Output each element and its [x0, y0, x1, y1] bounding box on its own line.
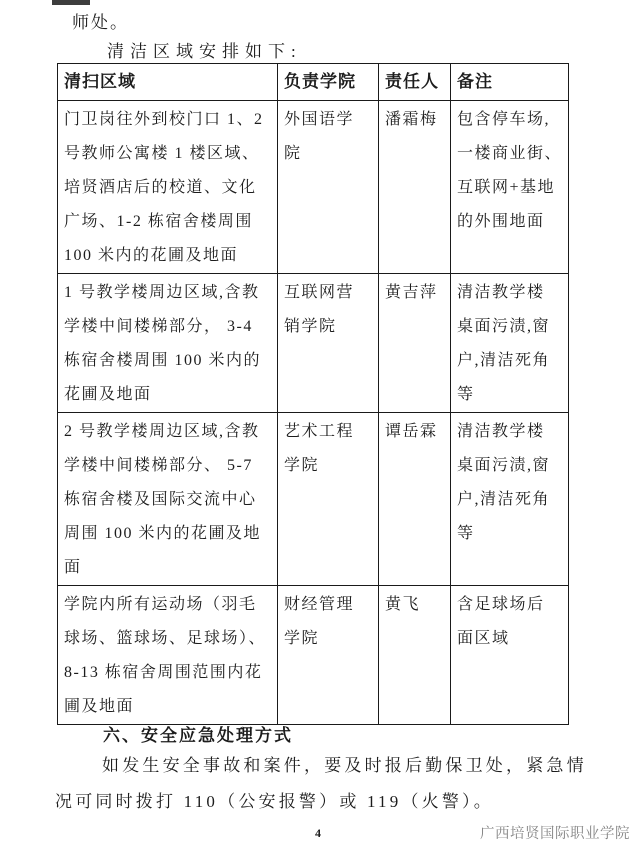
cleaning-area-table: 清扫区域 负责学院 责任人 备注 门卫岗往外到校门口 1、2 号教师公寓楼 1 … — [57, 63, 569, 725]
cell-note: 含足球场后 面区域 — [451, 586, 569, 725]
cell-area: 学院内所有运动场（羽毛 球场、篮球场、足球场）、 8-13 栋宿舍周围范围内花 … — [58, 586, 278, 725]
cell-area: 2 号教学楼周边区域,含教 学楼中间楼梯部分、 5-7 栋宿舍楼及国际交流中心 … — [58, 413, 278, 586]
cell-area: 1 号教学楼周边区域,含教 学楼中间楼梯部分， 3-4 栋宿舍楼周围 100 米… — [58, 274, 278, 413]
cell-college: 互联网营 销学院 — [278, 274, 379, 413]
cell-area: 门卫岗往外到校门口 1、2 号教师公寓楼 1 楼区域、 培贤酒店后的校道、文化 … — [58, 101, 278, 274]
document-page: 师处。 清洁区域安排如下: 清扫区域 负责学院 责任人 备注 门卫岗往外到校门口… — [0, 0, 636, 851]
header-area: 清扫区域 — [58, 64, 278, 101]
cell-person: 黄飞 — [379, 586, 451, 725]
cell-person: 潘霜梅 — [379, 101, 451, 274]
table-row: 2 号教学楼周边区域,含教 学楼中间楼梯部分、 5-7 栋宿舍楼及国际交流中心 … — [58, 413, 569, 586]
footer-school-name: 广西培贤国际职业学院 — [480, 822, 630, 843]
cell-person: 谭岳霖 — [379, 413, 451, 586]
cell-note: 清洁教学楼 桌面污渍,窗 户,清洁死角 等 — [451, 274, 569, 413]
table-row: 门卫岗往外到校门口 1、2 号教师公寓楼 1 楼区域、 培贤酒店后的校道、文化 … — [58, 101, 569, 274]
header-person: 责任人 — [379, 64, 451, 101]
table-header-row: 清扫区域 负责学院 责任人 备注 — [58, 64, 569, 101]
section-heading: 六、安全应急处理方式 — [103, 721, 293, 746]
cell-college: 艺术工程 学院 — [278, 413, 379, 586]
scan-artifact — [52, 0, 90, 5]
cell-person: 黄吉萍 — [379, 274, 451, 413]
top-paragraph-fragment: 师处。 — [72, 8, 129, 33]
cell-note: 清洁教学楼 桌面污渍,窗 户,清洁死角 等 — [451, 413, 569, 586]
header-note: 备注 — [451, 64, 569, 101]
cell-note: 包含停车场, 一楼商业街、 互联网+基地 的外围地面 — [451, 101, 569, 274]
section-paragraph: 如发生安全事故和案件，要及时报后勤保卫处，紧急情 况可同时拨打 110（公安报警… — [55, 748, 595, 820]
header-college: 负责学院 — [278, 64, 379, 101]
cell-college: 财经管理 学院 — [278, 586, 379, 725]
cell-college: 外国语学 院 — [278, 101, 379, 274]
table-intro-text: 清洁区域安排如下: — [107, 37, 302, 62]
table-row: 1 号教学楼周边区域,含教 学楼中间楼梯部分， 3-4 栋宿舍楼周围 100 米… — [58, 274, 569, 413]
table-row: 学院内所有运动场（羽毛 球场、篮球场、足球场）、 8-13 栋宿舍周围范围内花 … — [58, 586, 569, 725]
